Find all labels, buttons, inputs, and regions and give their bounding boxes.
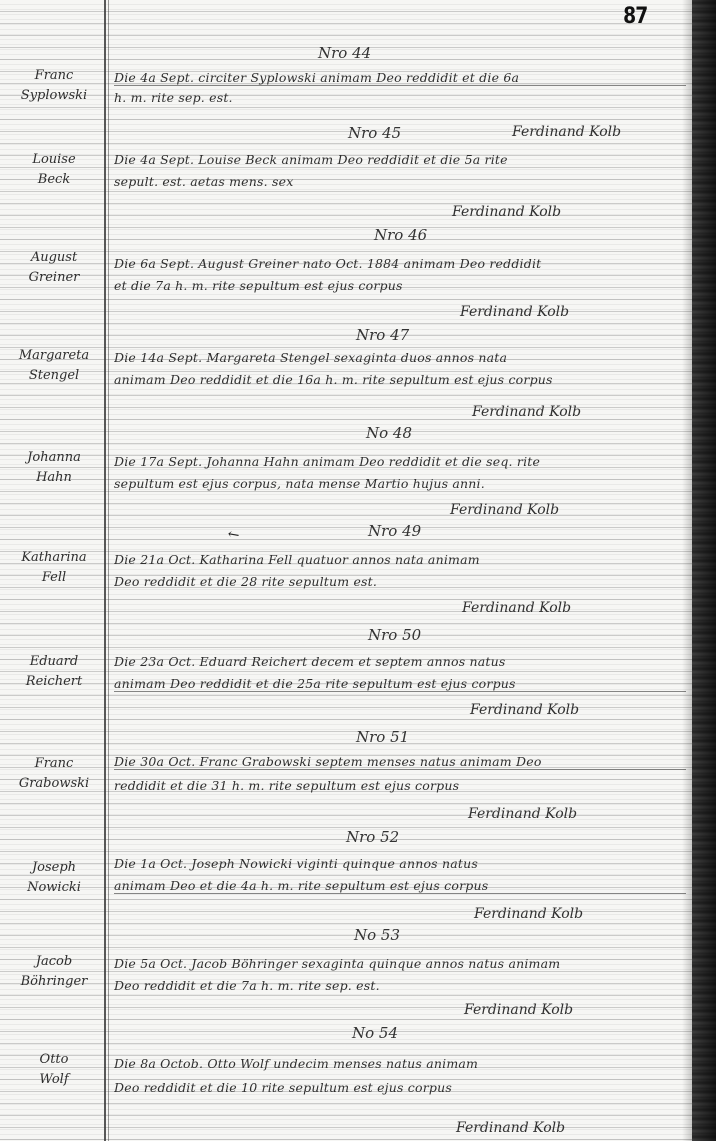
entry-text-line: Die 1a Oct. Joseph Nowicki viginti quinq… (114, 856, 686, 871)
margin-surname: Nowicki (6, 878, 102, 898)
entry-margin-name: Katharina Fell (6, 548, 102, 588)
entry-text-line: Die 21a Oct. Katharina Fell quatuor anno… (114, 552, 686, 567)
entry-margin-name: Jacob Böhringer (6, 952, 102, 992)
margin-given-name: Eduard (6, 652, 102, 672)
officiant-signature: Ferdinand Kolb (450, 502, 559, 518)
margin-given-name: Katharina (6, 548, 102, 568)
arrow-mark-icon: ↖ (224, 525, 243, 545)
officiant-signature: Ferdinand Kolb (464, 1002, 573, 1018)
entry-margin-name: Franc Grabowski (6, 754, 102, 794)
entry-text-line: Die 8a Octob. Otto Wolf undecim menses n… (114, 1056, 686, 1071)
register-page: 87 Nro 44 Franc Syplowski Die 4a Sept. c… (0, 0, 692, 1141)
margin-surname: Stengel (6, 366, 102, 386)
entry-number: Nro 49 (368, 522, 421, 540)
margin-given-name: August (6, 248, 102, 268)
entry-text-line: reddidit et die 31 h. m. rite sepultum e… (114, 778, 686, 793)
margin-given-name: Louise (6, 150, 102, 170)
entry-margin-name: Otto Wolf (6, 1050, 102, 1090)
entry-text-line: Die 4a Sept. circiter Syplowski animam D… (114, 70, 686, 86)
entry-text-line: Die 6a Sept. August Greiner nato Oct. 18… (114, 256, 686, 271)
margin-surname: Greiner (6, 268, 102, 288)
entry-text-line: Die 4a Sept. Louise Beck animam Deo redd… (114, 152, 686, 167)
margin-given-name: Joseph (6, 858, 102, 878)
entry-number: Nro 44 (318, 44, 371, 62)
page-edge-shadow (682, 0, 692, 1141)
officiant-signature: Ferdinand Kolb (462, 600, 571, 616)
page-number: 87 (624, 4, 648, 29)
margin-rule-secondary (108, 0, 109, 1141)
entry-text-line: Die 14a Sept. Margareta Stengel sexagint… (114, 350, 686, 365)
margin-given-name: Margareta (6, 346, 102, 366)
entry-margin-name: Johanna Hahn (6, 448, 102, 488)
officiant-signature: Ferdinand Kolb (468, 806, 577, 822)
margin-surname: Grabowski (6, 774, 102, 794)
entry-number: No 53 (354, 926, 400, 944)
entry-text-line: Deo reddidit et die 28 rite sepultum est… (114, 574, 686, 589)
margin-surname: Reichert (6, 672, 102, 692)
entry-number: No 48 (366, 424, 412, 442)
entry-margin-name: Franc Syplowski (6, 66, 102, 106)
margin-given-name: Otto (6, 1050, 102, 1070)
margin-surname: Böhringer (6, 972, 102, 992)
margin-surname: Hahn (6, 468, 102, 488)
officiant-signature: Ferdinand Kolb (452, 204, 561, 220)
officiant-signature: Ferdinand Kolb (512, 124, 621, 140)
margin-given-name: Johanna (6, 448, 102, 468)
officiant-signature: Ferdinand Kolb (470, 702, 579, 718)
margin-given-name: Jacob (6, 952, 102, 972)
entry-number: Nro 45 (348, 124, 401, 142)
entry-text-line: Die 5a Oct. Jacob Böhringer sexaginta qu… (114, 956, 686, 971)
entry-text-line: sepultum est ejus corpus, nata mense Mar… (114, 476, 686, 491)
entry-text-line: h. m. rite sep. est. (114, 90, 686, 105)
margin-surname: Beck (6, 170, 102, 190)
officiant-signature: Ferdinand Kolb (472, 404, 581, 420)
entry-text-line: Die 30a Oct. Franc Grabowski septem mens… (114, 754, 686, 770)
entry-margin-name: Louise Beck (6, 150, 102, 190)
entry-margin-name: Joseph Nowicki (6, 858, 102, 898)
entry-margin-name: Eduard Reichert (6, 652, 102, 692)
entry-text-line: animam Deo reddidit et die 16a h. m. rit… (114, 372, 686, 387)
margin-given-name: Franc (6, 66, 102, 86)
entry-number: Nro 51 (356, 728, 409, 746)
margin-surname: Wolf (6, 1070, 102, 1090)
entry-text-line: Deo reddidit et die 10 rite sepultum est… (114, 1080, 686, 1095)
officiant-signature: Ferdinand Kolb (474, 906, 583, 922)
margin-surname: Syplowski (6, 86, 102, 106)
margin-surname: Fell (6, 568, 102, 588)
entry-text-line: sepult. est. aetas mens. sex (114, 174, 686, 189)
officiant-signature: Ferdinand Kolb (460, 304, 569, 320)
entry-number: Nro 46 (374, 226, 427, 244)
margin-given-name: Franc (6, 754, 102, 774)
book-binding-edge (692, 0, 716, 1141)
entry-text-line: Deo reddidit et die 7a h. m. rite sep. e… (114, 978, 686, 993)
entry-text-line: et die 7a h. m. rite sepultum est ejus c… (114, 278, 686, 293)
officiant-signature: Ferdinand Kolb (456, 1120, 565, 1136)
entry-margin-name: Margareta Stengel (6, 346, 102, 386)
entry-text-line: Die 17a Sept. Johanna Hahn animam Deo re… (114, 454, 686, 469)
entry-text-line: animam Deo reddidit et die 25a rite sepu… (114, 676, 686, 692)
entry-number: Nro 47 (356, 326, 409, 344)
entry-number: No 54 (352, 1024, 398, 1042)
entry-number: Nro 50 (368, 626, 421, 644)
entry-margin-name: August Greiner (6, 248, 102, 288)
margin-rule (104, 0, 106, 1141)
entry-text-line: animam Deo et die 4a h. m. rite sepultum… (114, 878, 686, 894)
entry-text-line: Die 23a Oct. Eduard Reichert decem et se… (114, 654, 686, 669)
entry-number: Nro 52 (346, 828, 399, 846)
